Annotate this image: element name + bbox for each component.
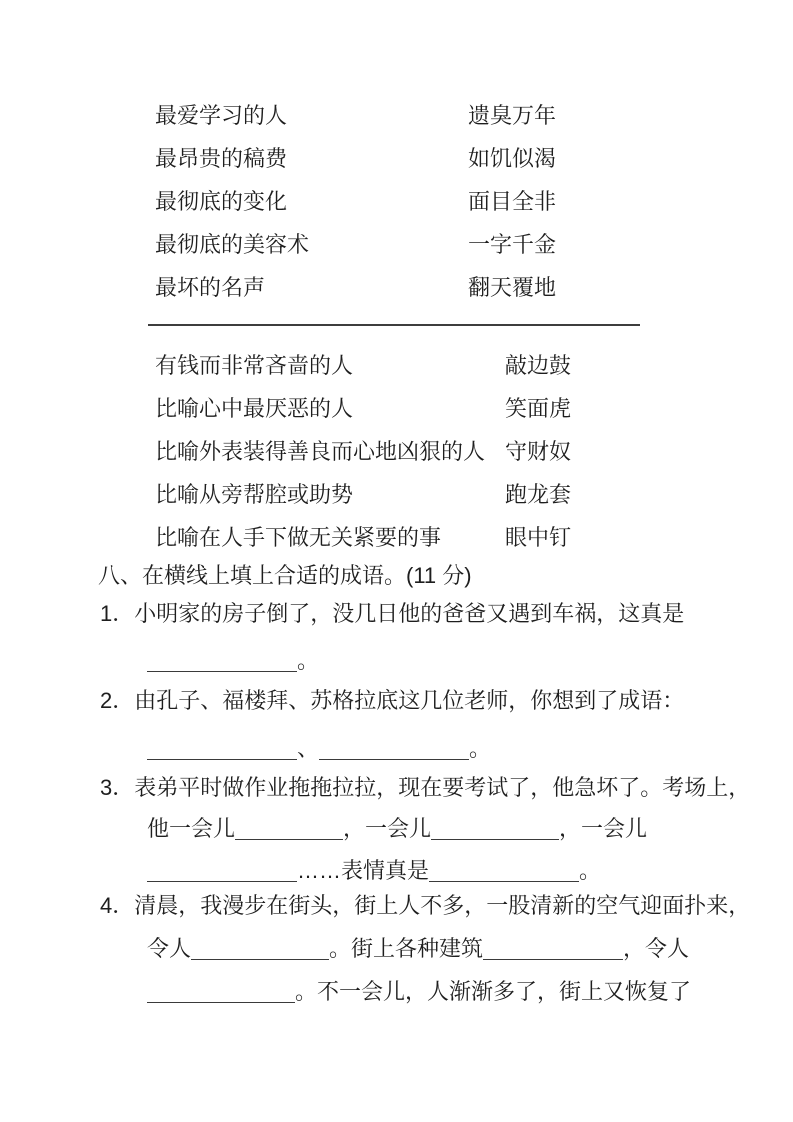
line-text: 。: [297, 648, 319, 673]
fill-in-blank: [431, 838, 559, 840]
matching-row: 最坏的名声 翻天覆地: [0, 275, 793, 301]
line-text: 。: [579, 858, 601, 883]
line-text: 1．小明家的房子倒了，没几日他的爸爸又遇到车祸，这真是: [100, 601, 684, 626]
question-3-line-2: 他一会儿，一会儿，一会儿: [147, 816, 647, 842]
answer-text: 笑面虎: [505, 396, 571, 422]
matching-row: 有钱而非常吝啬的人 敲边鼓: [0, 353, 793, 379]
matching-row: 最彻底的美容术 一字千金: [0, 232, 793, 258]
answer-text: 守财奴: [505, 439, 571, 465]
answer-text: 面目全非: [468, 189, 556, 215]
fill-in-blank: [319, 758, 469, 760]
fill-in-blank: [147, 758, 297, 760]
matching-row: 最昂贵的稿费 如饥似渴: [0, 146, 793, 172]
question-3-line-1: 3．表弟平时做作业拖拖拉拉，现在要考试了，他急坏了。考场上，: [100, 775, 750, 801]
question-1-line-1: 1．小明家的房子倒了，没几日他的爸爸又遇到车祸，这真是: [100, 601, 684, 627]
answer-text: 敲边鼓: [505, 353, 571, 379]
line-text: ，一会儿: [343, 816, 431, 841]
answer-text: 眼中钉: [505, 525, 571, 551]
clue-text: 最昂贵的稿费: [155, 146, 287, 172]
clue-text: 比喻在人手下做无关紧要的事: [155, 525, 441, 551]
matching-row: 最彻底的变化 面目全非: [0, 189, 793, 215]
fill-in-blank: [483, 958, 623, 960]
answer-text: 如饥似渴: [468, 146, 556, 172]
line-text: ，令人: [623, 936, 689, 961]
fill-in-blank: [191, 958, 329, 960]
question-4-line-2: 令人。街上各种建筑，令人: [147, 936, 689, 962]
clue-text: 有钱而非常吝啬的人: [155, 353, 353, 379]
question-2-line-2: 、。: [147, 736, 491, 762]
line-text: 令人: [147, 936, 191, 961]
clue-text: 最爱学习的人: [155, 103, 287, 129]
line-text: 。: [469, 736, 491, 761]
matching-row: 比喻在人手下做无关紧要的事 眼中钉: [0, 525, 793, 551]
line-text: 4．清晨，我漫步在街头，街上人不多，一股清新的空气迎面扑来，: [100, 893, 750, 918]
question-2-line-1: 2．由孔子、福楼拜、苏格拉底这几位老师，你想到了成语：: [100, 688, 684, 714]
clue-text: 最彻底的变化: [155, 189, 287, 215]
matching-row: 比喻外表装得善良而心地凶狠的人 守财奴: [0, 439, 793, 465]
question-4-line-1: 4．清晨，我漫步在街头，街上人不多，一股清新的空气迎面扑来，: [100, 893, 750, 919]
question-1-line-2: 。: [147, 648, 319, 674]
answer-text: 遗臭万年: [468, 103, 556, 129]
matching-row: 比喻心中最厌恶的人 笑面虎: [0, 396, 793, 422]
answer-text: 一字千金: [468, 232, 556, 258]
line-text: ……表情真是: [297, 858, 429, 883]
question-4-line-3: 。不一会儿，人渐渐多了，街上又恢复了: [147, 979, 691, 1005]
clue-text: 最彻底的美容术: [155, 232, 309, 258]
clue-text: 比喻外表装得善良而心地凶狠的人: [155, 439, 485, 465]
section-heading: 八、在横线上填上合适的成语。(11 分): [98, 563, 472, 589]
fill-in-blank: [235, 838, 343, 840]
line-text: 、: [297, 736, 319, 761]
fill-in-blank: [147, 880, 297, 882]
clue-text: 比喻从旁帮腔或助势: [155, 482, 353, 508]
line-text: 。街上各种建筑: [329, 936, 483, 961]
line-text: ，一会儿: [559, 816, 647, 841]
fill-in-blank: [147, 670, 297, 672]
fill-in-blank: [147, 1001, 295, 1003]
line-text: 他一会儿: [147, 816, 235, 841]
answer-text: 翻天覆地: [468, 275, 556, 301]
matching-row: 比喻从旁帮腔或助势 跑龙套: [0, 482, 793, 508]
line-text: 2．由孔子、福楼拜、苏格拉底这几位老师，你想到了成语：: [100, 688, 684, 713]
answer-text: 跑龙套: [505, 482, 571, 508]
answer-divider-line: [148, 324, 640, 326]
line-text: 3．表弟平时做作业拖拖拉拉，现在要考试了，他急坏了。考场上，: [100, 775, 750, 800]
clue-text: 比喻心中最厌恶的人: [155, 396, 353, 422]
clue-text: 最坏的名声: [155, 275, 265, 301]
matching-row: 最爱学习的人 遗臭万年: [0, 103, 793, 129]
fill-in-blank: [429, 880, 579, 882]
line-text: 。不一会儿，人渐渐多了，街上又恢复了: [295, 979, 691, 1004]
question-3-line-3: ……表情真是。: [147, 858, 601, 884]
worksheet-page: 最爱学习的人 遗臭万年 最昂贵的稿费 如饥似渴 最彻底的变化 面目全非 最彻底的…: [0, 0, 793, 1122]
